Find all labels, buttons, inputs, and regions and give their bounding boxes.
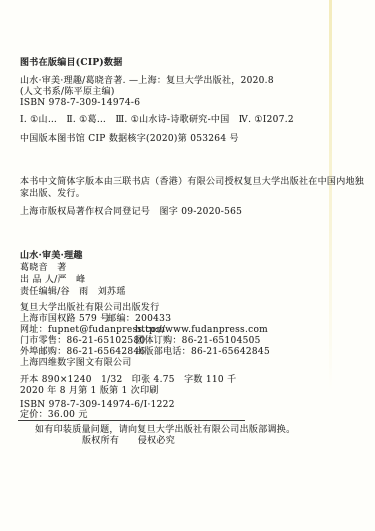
- dept-phone: 出版部电话：86-21-65642845: [135, 347, 270, 357]
- cip-series-line: (人文书系/陈平原主编): [20, 87, 375, 98]
- printing-isbn-line: ISBN 978-7-309-14974-6/I·1222: [20, 400, 375, 410]
- mail-order-phone: 外埠邮购：86-21-65642846: [20, 347, 132, 358]
- editors-line: 责任编辑/谷 雨 刘苏瑶: [20, 286, 375, 298]
- publisher-name-line: 复旦大学出版社有限公司出版发行: [20, 303, 375, 314]
- producer-line: 出 品 人/严 峰: [20, 274, 375, 286]
- retail-phone: 门市零售：86-21-65102580: [20, 336, 132, 347]
- publisher-mailorder-line: 外埠邮购：86-21-65642846 出版部电话：86-21-65642845: [20, 347, 375, 358]
- footer-divider: [18, 420, 245, 421]
- license-statement-line1: 本书中文简体字版本由三联书店（香港）有限公司授权复旦大学出版社在中国内地独: [20, 176, 375, 188]
- publisher-website: http://www.fudanpress.com: [135, 325, 268, 335]
- book-author: 葛晓音 著: [20, 262, 375, 274]
- quality-notice: 如有印装质量问题，请向复旦大学出版社有限公司出版部调换。: [20, 425, 375, 436]
- publisher-address: 上海市国权路 579 号: [20, 314, 104, 325]
- group-order-phone: 团体订购：86-21-65104505: [135, 336, 261, 346]
- publisher-web-line: 网址：fupnet@fudanpress.com http://www.fuda…: [20, 325, 375, 336]
- cip-isbn-line: ISBN 978-7-309-14974-6: [20, 98, 375, 109]
- cip-record-number-line: 中国版本图书馆 CIP 数据核字(2020)第 053264 号: [20, 134, 375, 145]
- publisher-retail-line: 门市零售：86-21-65102580 团体订购：86-21-65104505: [20, 336, 375, 347]
- publisher-email: 网址：fupnet@fudanpress.com: [20, 325, 132, 336]
- typesetter-line: 上海四维数字图文有限公司: [20, 358, 375, 369]
- publisher-address-line: 上海市国权路 579 号 邮编：200433: [20, 314, 375, 325]
- book-title: 山水·审美·理趣: [20, 250, 375, 262]
- page-content: 图书在版编目(CIP)数据 山水·审美·理趣/葛晓音著. —上海：复旦大学出版社…: [0, 0, 375, 447]
- edition-line: 2020 年 8 月第 1 版第 1 次印刷: [20, 386, 375, 397]
- publisher-postcode: 邮编：200433: [107, 314, 171, 324]
- format-line: 开本 890×1240 1/32 印张 4.75 字数 110 千: [20, 375, 375, 386]
- rights-reserved-line: 版权所有 侵权必究: [20, 436, 375, 447]
- copyright-page: 图书在版编目(CIP)数据 山水·审美·理趣/葛晓音著. —上海：复旦大学出版社…: [0, 0, 375, 531]
- cip-classification-line: Ⅰ. ①山… Ⅱ. ①葛… Ⅲ. ①山水诗-诗歌研究-中国 Ⅳ. ①I207.2: [20, 115, 375, 126]
- price-line: 定价：36.00 元: [20, 410, 375, 420]
- license-statement-line2: 家出版、发行。: [20, 188, 375, 200]
- cip-title-line: 山水·审美·理趣/葛晓音著. —上海：复旦大学出版社，2020.8: [20, 76, 375, 87]
- copyright-registration-line: 上海市版权局著作权合同登记号 图字 09-2020-565: [20, 207, 375, 218]
- cip-heading: 图书在版编目(CIP)数据: [20, 57, 375, 69]
